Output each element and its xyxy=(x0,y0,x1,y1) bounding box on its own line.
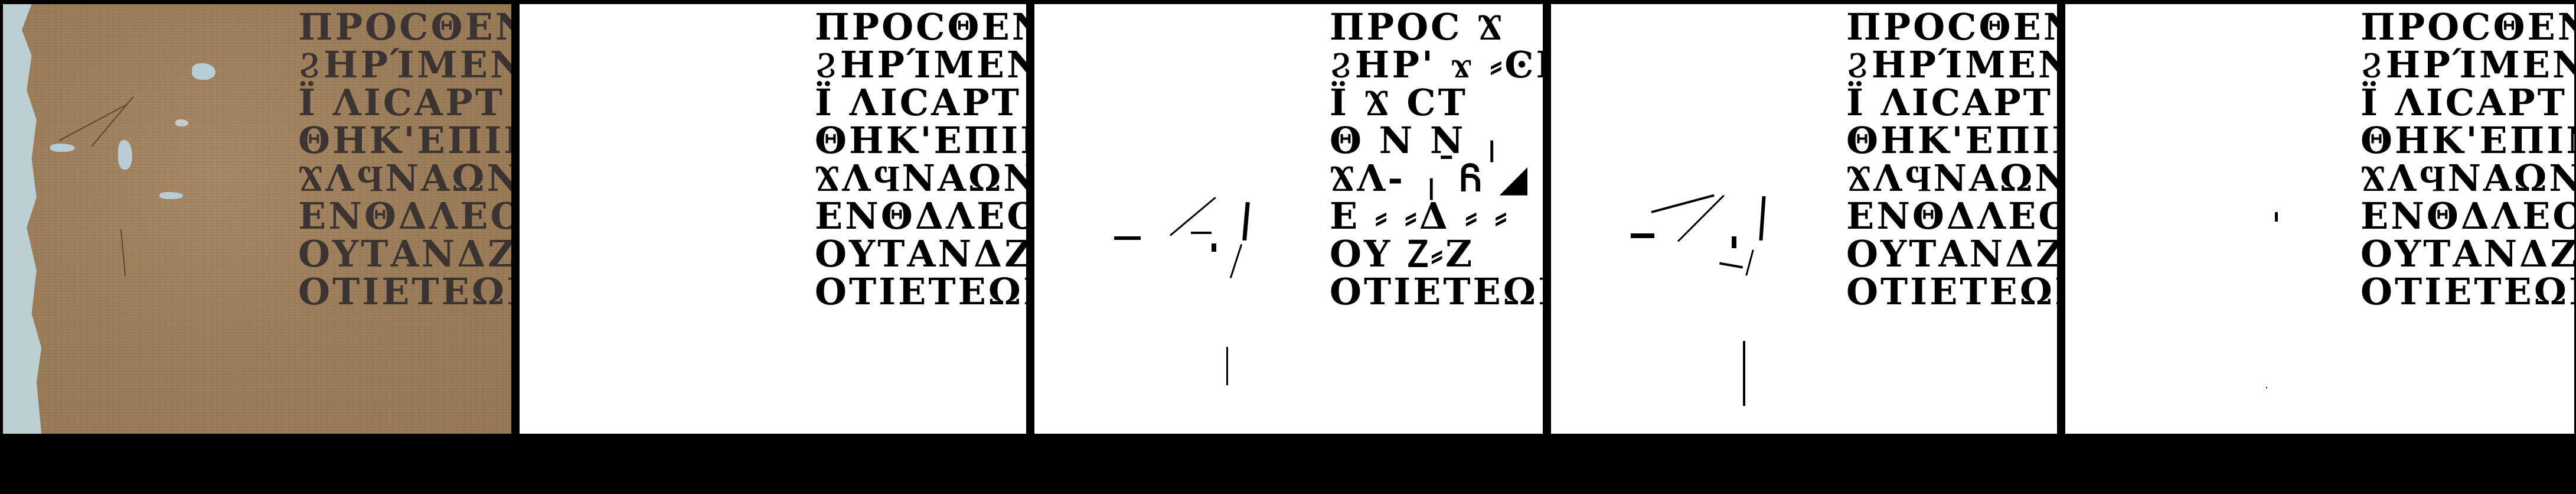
text-line: ϨΗΡΊΜΕΝΕ xyxy=(815,47,1026,83)
text-line: Θ Ν Ṉ ╷ xyxy=(1330,122,1505,159)
crack-noise xyxy=(1242,202,1250,240)
crack-noise xyxy=(1114,236,1141,240)
text-line: ΘΗΚ'ΕΠΙΝ xyxy=(1846,122,2057,159)
binarized-panel-3: ΠΡΟϹΘΕΝΜ ϨΗΡΊΜΕΝΕ Ϊ ΛΙϹΑΡΤ ΘΗΚ'ΕΠΙΝ ϪΛϤΝ… xyxy=(1551,4,2057,434)
speck-noise xyxy=(2275,212,2278,222)
text-line: ΠΡΟϹΘΕΝΜ xyxy=(815,9,1026,45)
papyrus-hole xyxy=(159,192,183,199)
text-line: ΠΡΟϹ Ϫ xyxy=(1330,9,1504,45)
papyrus-hole xyxy=(50,144,75,152)
text-line: ΟΥΤΑΝΔΖΩ xyxy=(815,236,1026,272)
papyrus-hole xyxy=(175,119,188,126)
text-line: ϪΛϤΝΑΩΝ xyxy=(298,160,511,197)
text-line: ΟΤΙΕΤΕΩΙϹ xyxy=(298,274,511,310)
text-line: Ϊ Ϫ ϹΤ xyxy=(1330,84,1468,121)
crack-noise xyxy=(1651,194,1714,213)
text-line: ϨΗΡΊΜΕΝΕ xyxy=(1846,47,2057,83)
text-line: ΟΤΙΕΤΕΩΙϹ xyxy=(1846,274,2057,310)
text-line: ΟΤΙΕΤΕΩΙϹ xyxy=(1330,274,1543,310)
text-line: ΕΝΘΔΛΕΟΥ xyxy=(298,198,511,235)
crack-noise xyxy=(1759,196,1765,240)
crack-noise xyxy=(1719,262,1743,269)
crack-noise xyxy=(1743,341,1745,406)
text-line: ΠΡΟϹΘΕΝΜ xyxy=(298,9,511,45)
original-papyrus-panel: ΠΡΟϹΘΕΝΜ ϨΗΡΊΜΕΝΕ Ϊ ΛΙϹΑΡΤ ΘΗΚ'ΕΠΙΝ ϪΛϤΝ… xyxy=(3,4,511,434)
crack-noise xyxy=(1170,197,1216,236)
text-line: ϪΛϤΝΑΩΝ xyxy=(815,160,1026,197)
crack-noise xyxy=(1226,347,1228,385)
crack-noise xyxy=(1732,236,1736,248)
crack-noise xyxy=(1230,244,1242,278)
text-line: ΘΗΚ'ΕΠΙΝ xyxy=(815,122,1026,159)
text-line: ϪΛϤΝΑΩΝ xyxy=(1846,160,2057,197)
text-line: ΕΝΘΔΛΕΟΥ xyxy=(1846,198,2057,235)
text-line: ΠΡΟϹΘΕΝΜ xyxy=(1846,9,2057,45)
text-line: ΟΥΤΑΝΔΖΩ xyxy=(1846,236,2057,272)
text-line: ϪΛ- ╷ Ᏺ ◢ xyxy=(1330,160,1530,197)
papyrus-hole xyxy=(118,140,132,170)
text-line: ΟΥ Ⴭ⸗Ζ xyxy=(1330,236,1474,272)
text-line: ΟΤΙΕΤΕΩΙϹ xyxy=(2360,274,2574,310)
text-line: ΘΗΚ'ΕΠΙΝ xyxy=(298,122,511,159)
text-line: ΕΝΘΔΛΕΟΥ xyxy=(815,198,1026,235)
binarized-panel-2: ΠΡΟϹ Ϫ ϨΗΡ' ϫ ⸗ϾΝ Ϊ Ϫ ϹΤ Θ Ν Ṉ ╷ ϪΛ- ╷ Ᏺ… xyxy=(1034,4,1543,434)
crack-noise xyxy=(1745,249,1754,275)
text-line: ΟΤΙΕΤΕΩΙϹ xyxy=(815,274,1026,310)
text-line: ϨΗΡΊΜΕΝΕ xyxy=(2360,47,2574,83)
text-line: Ϊ ΛΙϹΑΡΤ xyxy=(298,84,505,121)
binarized-panel-4: ΠΡΟϹΘΕΝΜ ϨΗΡΊΜΕΝΕ Ϊ ΛΙϹΑΡΤ ΘΗΚ'ΕΠΙΝ ϪΛϤΝ… xyxy=(2065,4,2574,434)
papyrus-hole xyxy=(192,63,216,80)
speck-noise xyxy=(2266,387,2267,388)
text-line: ΕΝΘΔΛΕΟΥ xyxy=(2360,198,2574,235)
text-line: Ϊ ΛΙϹΑΡΤ xyxy=(1846,84,2053,121)
text-line: ϪΛϤΝΑΩΝ xyxy=(2360,160,2574,197)
binarized-panel-1: ΠΡΟϹΘΕΝΜ ϨΗΡΊΜΕΝΕ Ϊ ΛΙϹΑΡΤ ΘΗΚ'ΕΠΙΝ ϪΛϤΝ… xyxy=(520,4,1026,434)
text-line: Ϊ ΛΙϹΑΡΤ xyxy=(2360,84,2567,121)
text-line: ΠΡΟϹΘΕΝΜ xyxy=(2360,9,2574,45)
text-line: ϨΗΡ' ϫ ⸗ϾΝ xyxy=(1330,47,1543,83)
crack-noise xyxy=(1631,233,1654,238)
text-line: ΟΥΤΑΝΔΖΩ xyxy=(298,236,511,272)
text-line: ΘΗΚ'ΕΠΙΝ xyxy=(2360,122,2574,159)
text-line: Ϊ ΛΙϹΑΡΤ xyxy=(815,84,1021,121)
text-line: ϨΗΡΊΜΕΝΕ xyxy=(298,47,511,83)
text-line: Ε ⸗ ⸗Δ ⸗ ⸗ xyxy=(1330,198,1509,235)
crack-noise xyxy=(1212,243,1216,252)
crack-noise xyxy=(1191,232,1212,234)
text-line: ΟΥΤΑΝΔΖΩ xyxy=(2360,236,2574,272)
